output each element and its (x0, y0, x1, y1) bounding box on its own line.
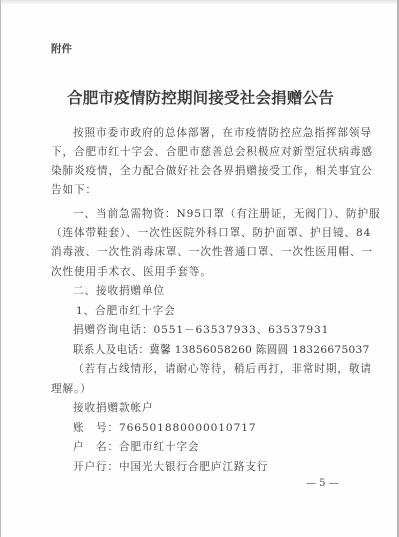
paragraph-line: 按照市委市政府的总体部署，在市疫情防控应急指挥部领导 (73, 125, 372, 140)
paragraph-line: 告如下： (51, 182, 97, 197)
account-number: 账 号：766501880000010717 (73, 420, 257, 435)
paragraph-line: 染肺炎疫情，全力配合做好社会各界捐赠接受工作，相关事宜公 (51, 163, 373, 178)
document-title: 合肥市疫情防控期间接受社会捐赠公告 (1, 86, 399, 108)
account-heading: 接收捐赠款帐户 (73, 400, 153, 415)
note-line: 理解。） (51, 381, 92, 396)
document-page: 附件 合肥市疫情防控期间接受社会捐赠公告 按照市委市政府的总体部署，在市疫情防控… (0, 0, 399, 537)
unit-name: 1、合肥市红十字会 (76, 303, 176, 318)
contact-line: 联系人及电话：冀馨 13856058260 陈圆圆 18326675037 (73, 342, 370, 357)
supplies-line: 消毒液、一次性消毒床罩、一次性普通口罩、一次性医用帽、一 (51, 244, 373, 259)
paragraph-line: 下，合肥市红十字会、合肥市慈善总会积极应对新型冠状病毒感 (51, 144, 373, 159)
attachment-label: 附件 (51, 41, 72, 56)
account-name: 户 名：合肥市红十字会 (73, 439, 199, 454)
bank-name: 开户行：中国光大银行合肥庐江路支行 (73, 459, 268, 474)
hotline: 捐赠咨询电话：0551－63537933、63537931 (73, 322, 329, 337)
supplies-line: 次性使用手术衣、医用手套等。 (51, 264, 212, 279)
note-line: （若有占线情形，请耐心等待，稍后再打，非常时期，敬请 (73, 361, 372, 376)
page-number: — 5 — (306, 478, 339, 489)
supplies-line: （连体带鞋套）、一次性医院外科口罩、防护面罩、护目镜、84 (51, 225, 371, 240)
supplies-line: 一、当前急需物资：N95口罩（有注册证，无阀门）、防护服 (73, 206, 381, 221)
page-top-edge (1, 0, 397, 4)
section-heading: 二、接收捐赠单位 (73, 283, 165, 298)
